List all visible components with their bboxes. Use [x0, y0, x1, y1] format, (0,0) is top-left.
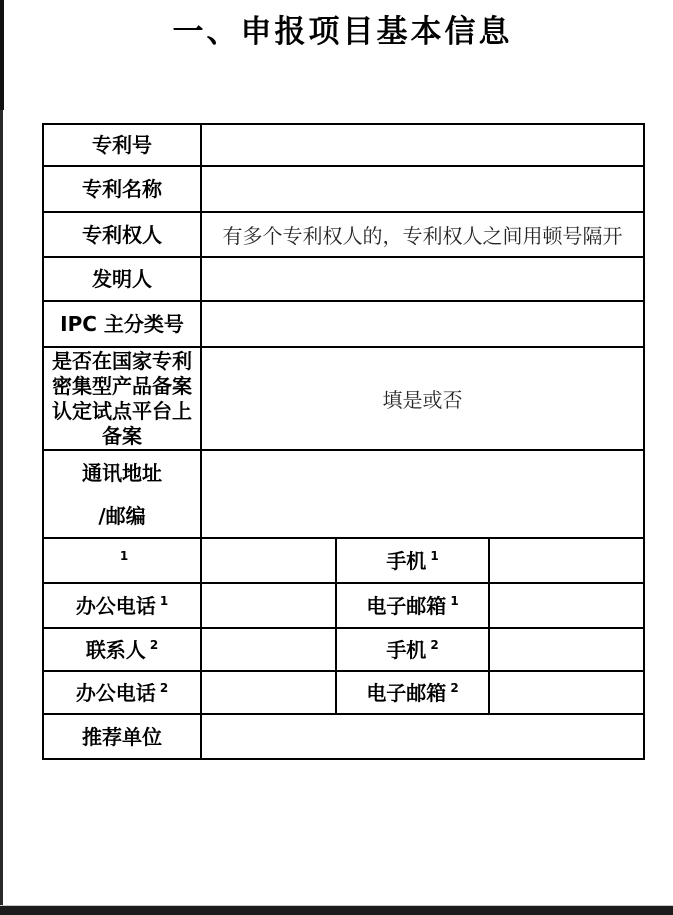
mobile1-value-cell[interactable]	[489, 538, 644, 583]
mobile1-label-sup: 1	[430, 549, 438, 563]
contact1-value-cell[interactable]	[201, 538, 336, 583]
mobile2-label-text: 手机	[386, 638, 426, 662]
row-recommender: 推荐单位	[43, 714, 644, 759]
platform-filing-label: 是否在国家专利 密集型产品备案 认定试点平台上 备案	[43, 347, 201, 450]
address-label: 通讯地址 /邮编	[43, 450, 201, 538]
inventor-value-cell[interactable]	[201, 257, 644, 301]
office-phone2-label-sup: 2	[160, 681, 168, 695]
platform-filing-label-line4: 备案	[44, 424, 200, 449]
office-phone1-label-text: 办公电话	[76, 594, 156, 618]
row-office-phone2: 办公电话2 电子邮箱2	[43, 671, 644, 714]
email1-label-text: 电子邮箱	[366, 594, 446, 618]
row-ipc: IPC 主分类号	[43, 301, 644, 347]
platform-filing-label-line1: 是否在国家专利	[44, 349, 200, 374]
patent-number-value-cell[interactable]	[201, 124, 644, 166]
contact1-label: 1	[43, 538, 201, 583]
patent-name-label: 专利名称	[43, 166, 201, 212]
platform-filing-label-line2: 密集型产品备案	[44, 374, 200, 399]
ipc-label: IPC 主分类号	[43, 301, 201, 347]
mobile1-label-text: 手机	[386, 549, 426, 573]
recommender-value-cell[interactable]	[201, 714, 644, 759]
email1-label: 电子邮箱1	[336, 583, 489, 628]
address-label-line2: /邮编	[44, 506, 200, 526]
patent-name-value-cell[interactable]	[201, 166, 644, 212]
row-address: 通讯地址 /邮编	[43, 450, 644, 538]
address-value-cell[interactable]	[201, 450, 644, 538]
contact1-label-sup: 1	[120, 549, 128, 563]
contact2-label: 联系人2	[43, 628, 201, 671]
row-inventor: 发明人	[43, 257, 644, 301]
email2-label-text: 电子邮箱	[366, 681, 446, 705]
mobile1-label: 手机1	[336, 538, 489, 583]
row-contact1: 1 手机1	[43, 538, 644, 583]
office-phone2-value-cell[interactable]	[201, 671, 336, 714]
project-info-table: 专利号 专利名称 专利权人 有多个专利权人的，专利权人之间用顿号隔开 发明人 I…	[42, 123, 645, 760]
email2-label-sup: 2	[450, 681, 458, 695]
office-phone1-label-sup: 1	[160, 594, 168, 608]
mobile2-label-sup: 2	[430, 638, 438, 652]
email1-label-sup: 1	[450, 594, 458, 608]
contact2-value-cell[interactable]	[201, 628, 336, 671]
office-phone2-label: 办公电话2	[43, 671, 201, 714]
email2-value-cell[interactable]	[489, 671, 644, 714]
scan-left-edge-dark	[0, 0, 4, 110]
inventor-label: 发明人	[43, 257, 201, 301]
platform-filing-label-line3: 认定试点平台上	[44, 399, 200, 424]
office-phone1-value-cell[interactable]	[201, 583, 336, 628]
scan-left-edge	[0, 0, 3, 915]
ipc-value-cell[interactable]	[201, 301, 644, 347]
mobile2-label: 手机2	[336, 628, 489, 671]
row-contact2: 联系人2 手机2	[43, 628, 644, 671]
row-patentee: 专利权人 有多个专利权人的，专利权人之间用顿号隔开	[43, 212, 644, 257]
email2-label: 电子邮箱2	[336, 671, 489, 714]
address-label-line1: 通讯地址	[44, 463, 200, 483]
row-office-phone1: 办公电话1 电子邮箱1	[43, 583, 644, 628]
patent-number-label: 专利号	[43, 124, 201, 166]
patentee-label: 专利权人	[43, 212, 201, 257]
contact2-label-text: 联系人	[86, 638, 146, 662]
contact2-label-sup: 2	[150, 638, 158, 652]
row-patent-name: 专利名称	[43, 166, 644, 212]
page-title: 一、申报项目基本信息	[42, 6, 643, 51]
scan-bottom-bar	[0, 905, 673, 915]
mobile2-value-cell[interactable]	[489, 628, 644, 671]
office-phone1-label: 办公电话1	[43, 583, 201, 628]
platform-filing-value-cell[interactable]: 填是或否	[201, 347, 644, 450]
office-phone2-label-text: 办公电话	[76, 681, 156, 705]
recommender-label: 推荐单位	[43, 714, 201, 759]
email1-value-cell[interactable]	[489, 583, 644, 628]
row-patent-number: 专利号	[43, 124, 644, 166]
patentee-value-cell[interactable]: 有多个专利权人的，专利权人之间用顿号隔开	[201, 212, 644, 257]
row-platform-filing: 是否在国家专利 密集型产品备案 认定试点平台上 备案 填是或否	[43, 347, 644, 450]
